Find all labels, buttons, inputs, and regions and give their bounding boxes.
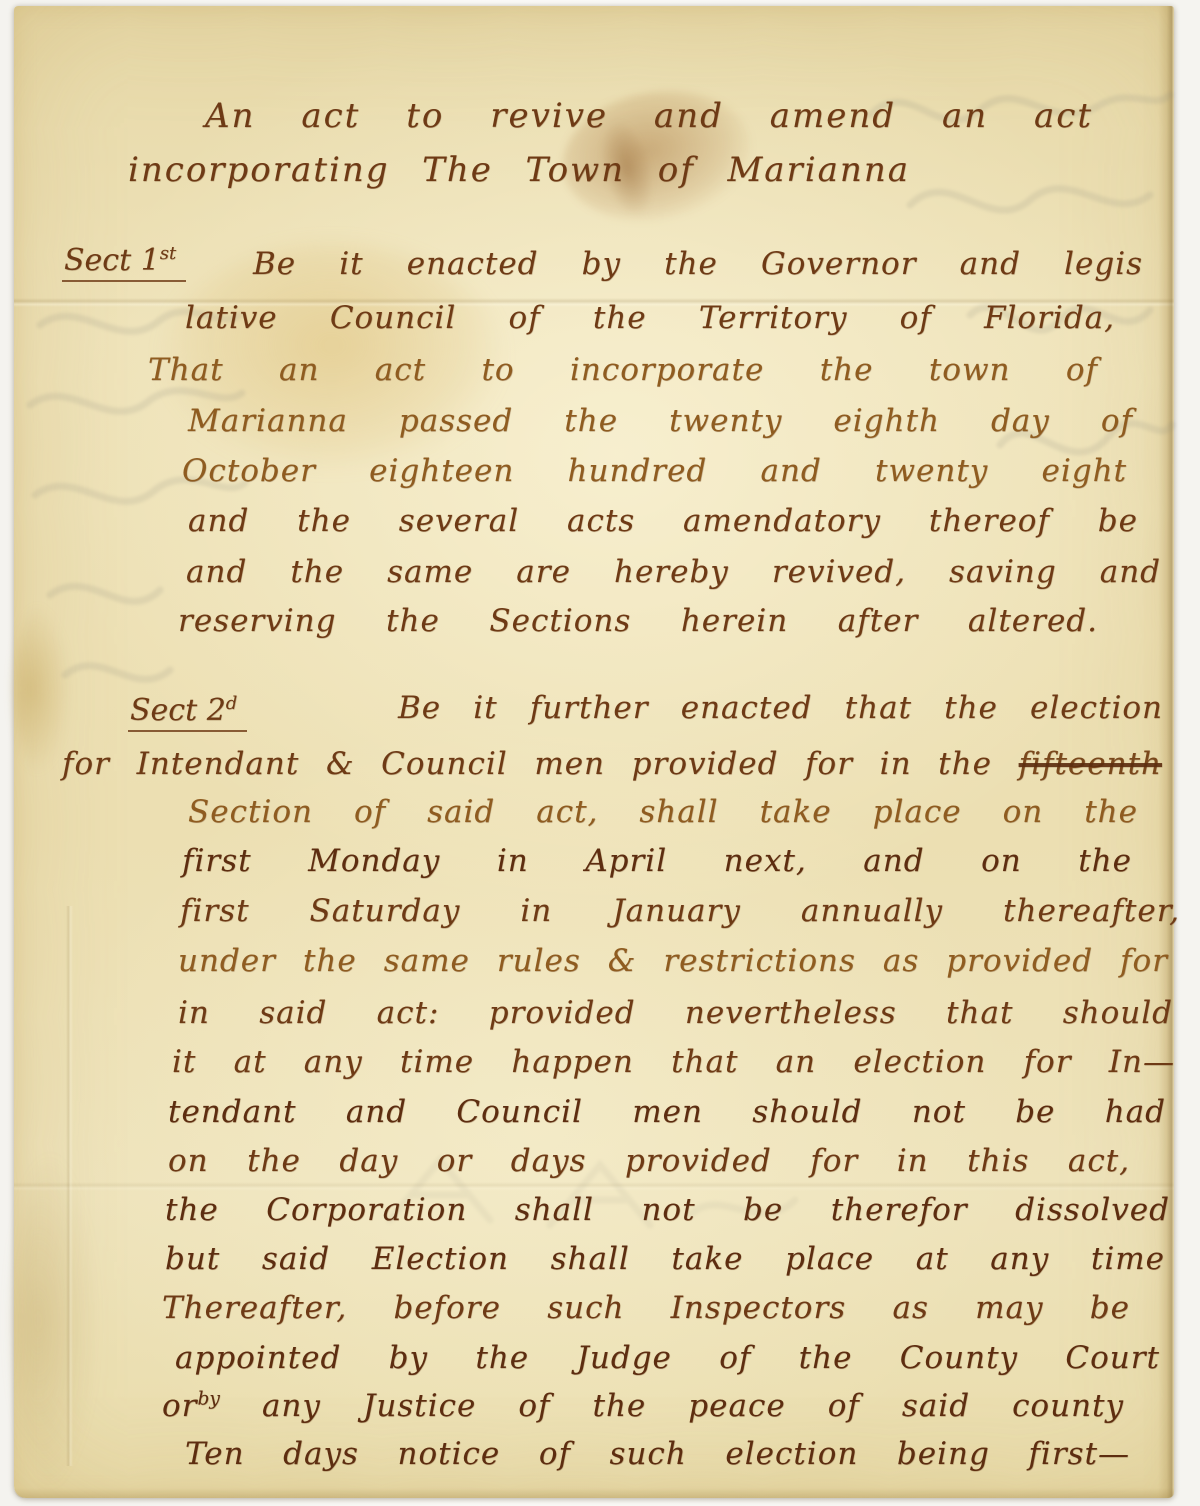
document-title-line: An act to revive and amend an act [205,96,1093,136]
manuscript-line: appointed by the Judge of the County Cou… [175,1340,1160,1377]
section-2-marker: Sect 2d [128,694,247,732]
manuscript-line: and the several acts amendatory thereof … [188,503,1138,540]
section-1-marker-label: Sect 1 [64,243,160,278]
manuscript-line: Be it enacted by the Governor and legis [253,246,1143,283]
section-2-marker-ordinal: d [226,693,238,714]
manuscript-line: tendant and Council men should not be ha… [168,1094,1166,1131]
manuscript-line: reserving the Sections herein after alte… [178,603,1098,640]
manuscript-line: it at any time happen that an election f… [172,1044,1175,1081]
line-text: for Intendant & Council men provided for… [62,746,1019,782]
inserted-word: by [197,1389,219,1410]
line-text: any Justice of the peace of said county [220,1388,1124,1424]
manuscript-line: on the day or days provided for in this … [168,1143,1130,1180]
manuscript-line: Marianna passed the twenty eighth day of [188,403,1133,440]
struck-out-word: fifteenth [1019,746,1162,782]
manuscript-line: the Corporation shall not be therefor di… [165,1192,1170,1229]
manuscript-line: first Saturday in January annually there… [180,893,1180,930]
manuscript-line-with-insertion: orby any Justice of the peace of said co… [162,1388,1124,1425]
manuscript-line: in said act: provided nevertheless that … [178,995,1173,1032]
manuscript-line: but said Election shall take place at an… [165,1241,1165,1278]
manuscript-line: October eighteen hundred and twenty eigh… [182,453,1127,490]
manuscript-line: under the same rules & restrictions as p… [178,943,1168,980]
manuscript-line: lative Council of the Territory of Flori… [185,300,1115,337]
scanned-manuscript-page: { "document": { "heading": { "line1": "A… [0,0,1200,1506]
manuscript-line-with-strikethrough: for Intendant & Council men provided for… [62,746,1162,783]
section-2-marker-label: Sect 2 [130,693,226,728]
manuscript-line: first Monday in April next, and on the [182,843,1132,880]
manuscript-line: Section of said act, shall take place on… [188,794,1138,831]
manuscript-line: Be it further enacted that the election [398,690,1163,727]
manuscript-line: and the same are hereby revived, saving … [186,554,1161,591]
section-1-marker: Sect 1st [62,244,186,282]
manuscript-line: That an act to incorporate the town of [148,352,1098,389]
section-1-marker-ordinal: st [160,243,176,264]
document-title-line: incorporating The Town of Marianna [128,150,910,190]
manuscript-line: Thereafter, before such Inspectors as ma… [162,1290,1130,1327]
line-text: or [162,1388,197,1424]
handwritten-text-layer: An act to revive and amend an act incorp… [0,0,1200,1506]
manuscript-line: Ten days notice of such election being f… [185,1436,1130,1473]
